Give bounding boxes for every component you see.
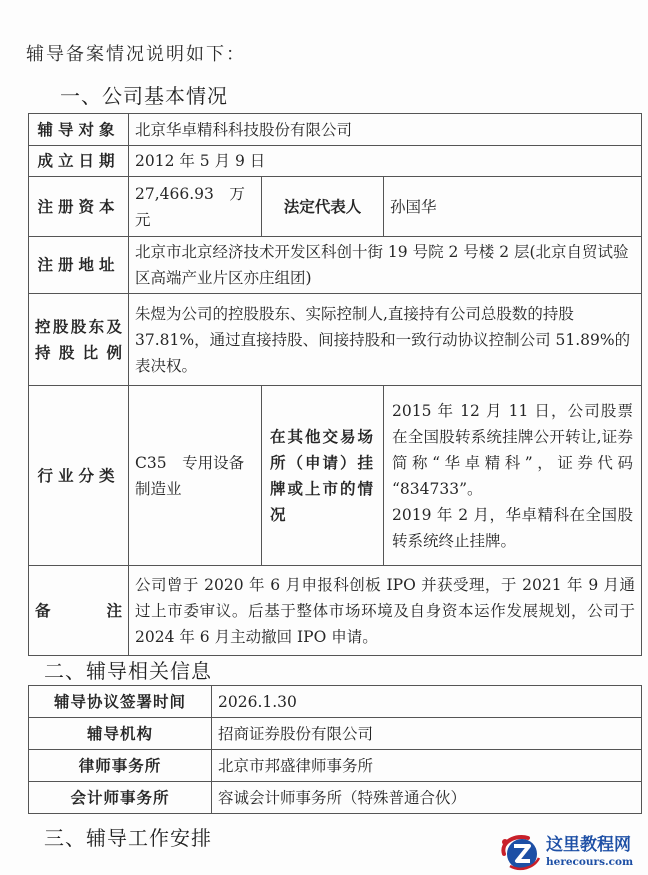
watermark-name: 这里教程网 <box>546 836 633 855</box>
label-remark: 备注 <box>29 566 129 656</box>
value-law-firm: 北京市邦盛律师事务所 <box>212 750 642 782</box>
value-agreement-date: 2026.1.30 <box>212 686 642 718</box>
value-address: 北京市北京经济技术开发区科创十街 19 号院 2 号楼 2 层(北京自贸试验区高… <box>129 237 642 294</box>
listing-status-text-1: 2015 年 12 月 11 日，公司股票在全国股转系统挂牌公开转让,证券简称“… <box>392 398 633 502</box>
label-controlling-holder: 控股股东及持股比例 <box>29 294 129 386</box>
section-1-title: 一、公司基本情况 <box>60 80 228 109</box>
value-controlling-holder: 朱煜为公司的控股股东、实际控制人,直接持有公司总股数的持股 37.81%，通过直… <box>129 294 642 386</box>
label-agreement-date: 辅导协议签署时间 <box>29 686 212 718</box>
watermark-url: herecours.com <box>546 855 633 869</box>
value-legal-rep: 孙国华 <box>384 177 642 237</box>
listing-status-text-2: 2019 年 2 月，华卓精科在全国股转系统终止挂牌。 <box>392 502 633 554</box>
label-tutoring-institution: 辅导机构 <box>29 718 212 750</box>
label-law-firm: 律师事务所 <box>29 750 212 782</box>
value-founded: 2012 年 5 月 9 日 <box>129 146 642 177</box>
label-address: 注册地址 <box>29 237 129 294</box>
label-target: 辅导对象 <box>29 114 129 146</box>
label-accounting-firm: 会计师事务所 <box>29 782 212 814</box>
value-capital: 27,466.93 万元 <box>129 177 262 237</box>
label-capital: 注册资本 <box>29 177 129 237</box>
intro-text: 辅导备案情况说明如下： <box>26 40 246 66</box>
company-basic-info-table: 辅导对象 北京华卓精科科技股份有限公司 成立日期 2012 年 5 月 9 日 … <box>28 113 642 656</box>
label-founded: 成立日期 <box>29 146 129 177</box>
section-3-title: 三、辅导工作安排 <box>44 822 212 851</box>
value-industry: C35 专用设备制造业 <box>129 386 262 566</box>
section-2-title: 二、辅导相关信息 <box>44 655 212 684</box>
value-tutoring-institution: 招商证券股份有限公司 <box>212 718 642 750</box>
site-watermark: 这里教程网 herecours.com <box>498 832 633 872</box>
value-listing-status: 2015 年 12 月 11 日，公司股票在全国股转系统挂牌公开转让,证券简称“… <box>384 386 642 566</box>
value-remark: 公司曾于 2020 年 6 月申报科创板 IPO 并获受理，于 2021 年 9… <box>129 566 642 656</box>
label-legal-rep: 法定代表人 <box>262 177 384 237</box>
label-industry: 行业分类 <box>29 386 129 566</box>
tutoring-info-table: 辅导协议签署时间 2026.1.30 辅导机构 招商证券股份有限公司 律师事务所… <box>28 685 642 814</box>
value-accounting-firm: 容诚会计师事务所（特殊普通合伙） <box>212 782 642 814</box>
z-logo-icon <box>498 832 542 872</box>
value-target: 北京华卓精科科技股份有限公司 <box>129 114 642 146</box>
label-listing-status: 在其他交易场所（申请）挂牌或上市的情况 <box>262 386 384 566</box>
